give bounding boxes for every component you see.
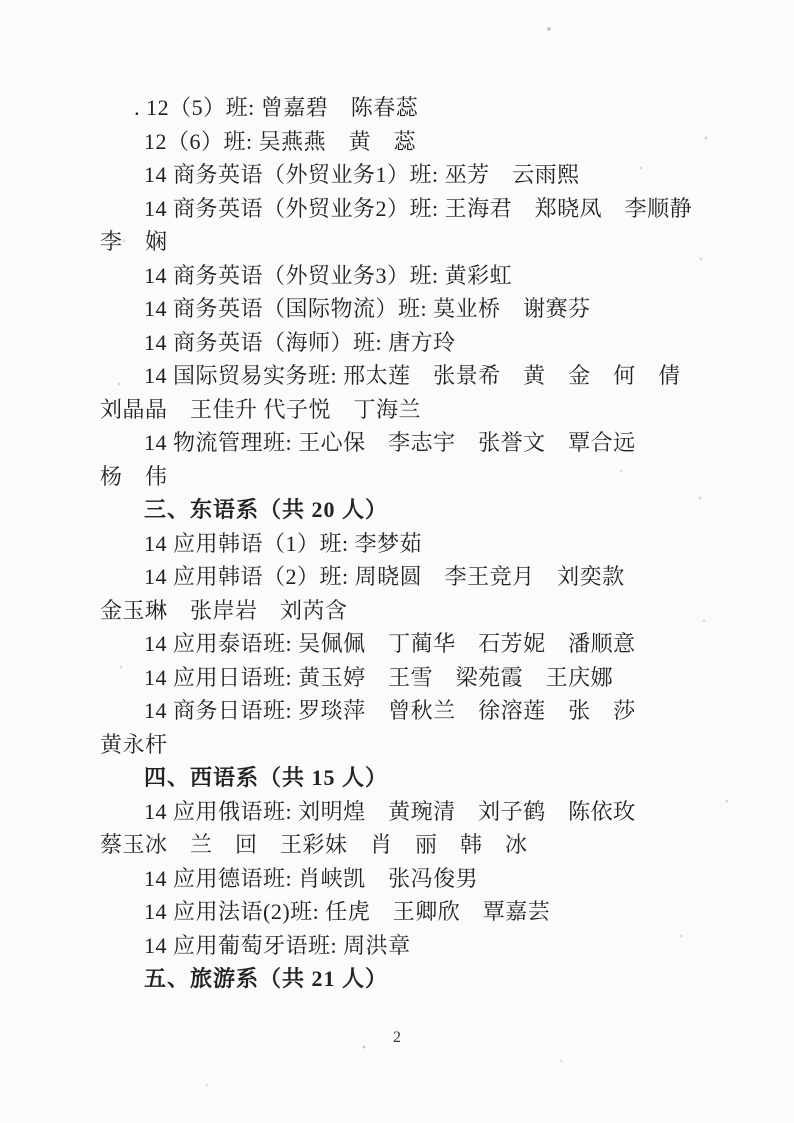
text-line-continuation: 黄永杆: [100, 728, 700, 762]
text-line: 14 应用韩语（1）班: 李梦茹: [100, 527, 700, 561]
text-line: 14 商务英语（外贸业务1）班: 巫芳 云雨熙: [100, 158, 700, 192]
text-line: 14 商务日语班: 罗琰萍 曾秋兰 徐溶莲 张 莎: [100, 694, 700, 728]
text-line: 14 应用韩语（2）班: 周晓圆 李王竞月 刘奕款: [100, 560, 700, 594]
text-line: 14 应用俄语班: 刘明煌 黄琬清 刘子鹤 陈依玫: [100, 795, 700, 829]
scan-noise: [0, 0, 2, 2]
text-line: 14 商务英语（国际物流）班: 莫业桥 谢赛芬: [100, 292, 700, 326]
document-body: . 12（5）班: 曾嘉碧 陈春蕊 12（6）班: 吴燕燕 黄 蕊 14 商务英…: [100, 91, 700, 996]
text-line: . 12（5）班: 曾嘉碧 陈春蕊: [100, 91, 700, 125]
document-page: . 12（5）班: 曾嘉碧 陈春蕊 12（6）班: 吴燕燕 黄 蕊 14 商务英…: [0, 0, 794, 1123]
text-line: 14 应用泰语班: 吴佩佩 丁蔺华 石芳妮 潘顺意: [100, 627, 700, 661]
text-line-continuation: 蔡玉冰 兰 回 王彩妹 肖 丽 韩 冰: [100, 828, 700, 862]
text-line: 14 商务英语（海师）班: 唐方玲: [100, 326, 700, 360]
page-number: 2: [0, 1029, 794, 1047]
text-line: 14 商务英语（外贸业务2）班: 王海君 郑晓凤 李顺静: [100, 192, 700, 226]
text-line: 14 物流管理班: 王心保 李志宇 张誉文 覃合远: [100, 426, 700, 460]
section-header: 五、旅游系（共 21 人）: [100, 962, 700, 996]
section-header: 三、东语系（共 20 人）: [100, 493, 700, 527]
text-line-continuation: 金玉琳 张岸岩 刘芮含: [100, 594, 700, 628]
text-line: 14 商务英语（外贸业务3）班: 黄彩虹: [100, 259, 700, 293]
text-line: 12（6）班: 吴燕燕 黄 蕊: [100, 125, 700, 159]
text-line: 14 应用葡萄牙语班: 周洪章: [100, 929, 700, 963]
text-line-continuation: 李 娴: [100, 225, 700, 259]
text-line: 14 应用日语班: 黄玉婷 王雪 梁苑霞 王庆娜: [100, 661, 700, 695]
text-line-continuation: 刘晶晶 王佳升 代子悦 丁海兰: [100, 393, 700, 427]
text-line: 14 应用德语班: 肖峡凯 张冯俊男: [100, 862, 700, 896]
text-line: 14 应用法语(2)班: 任虎 王卿欣 覃嘉芸: [100, 895, 700, 929]
text-line: 14 国际贸易实务班: 邢太莲 张景希 黄 金 何 倩: [100, 359, 700, 393]
section-header: 四、西语系（共 15 人）: [100, 761, 700, 795]
text-line-continuation: 杨 伟: [100, 460, 700, 494]
